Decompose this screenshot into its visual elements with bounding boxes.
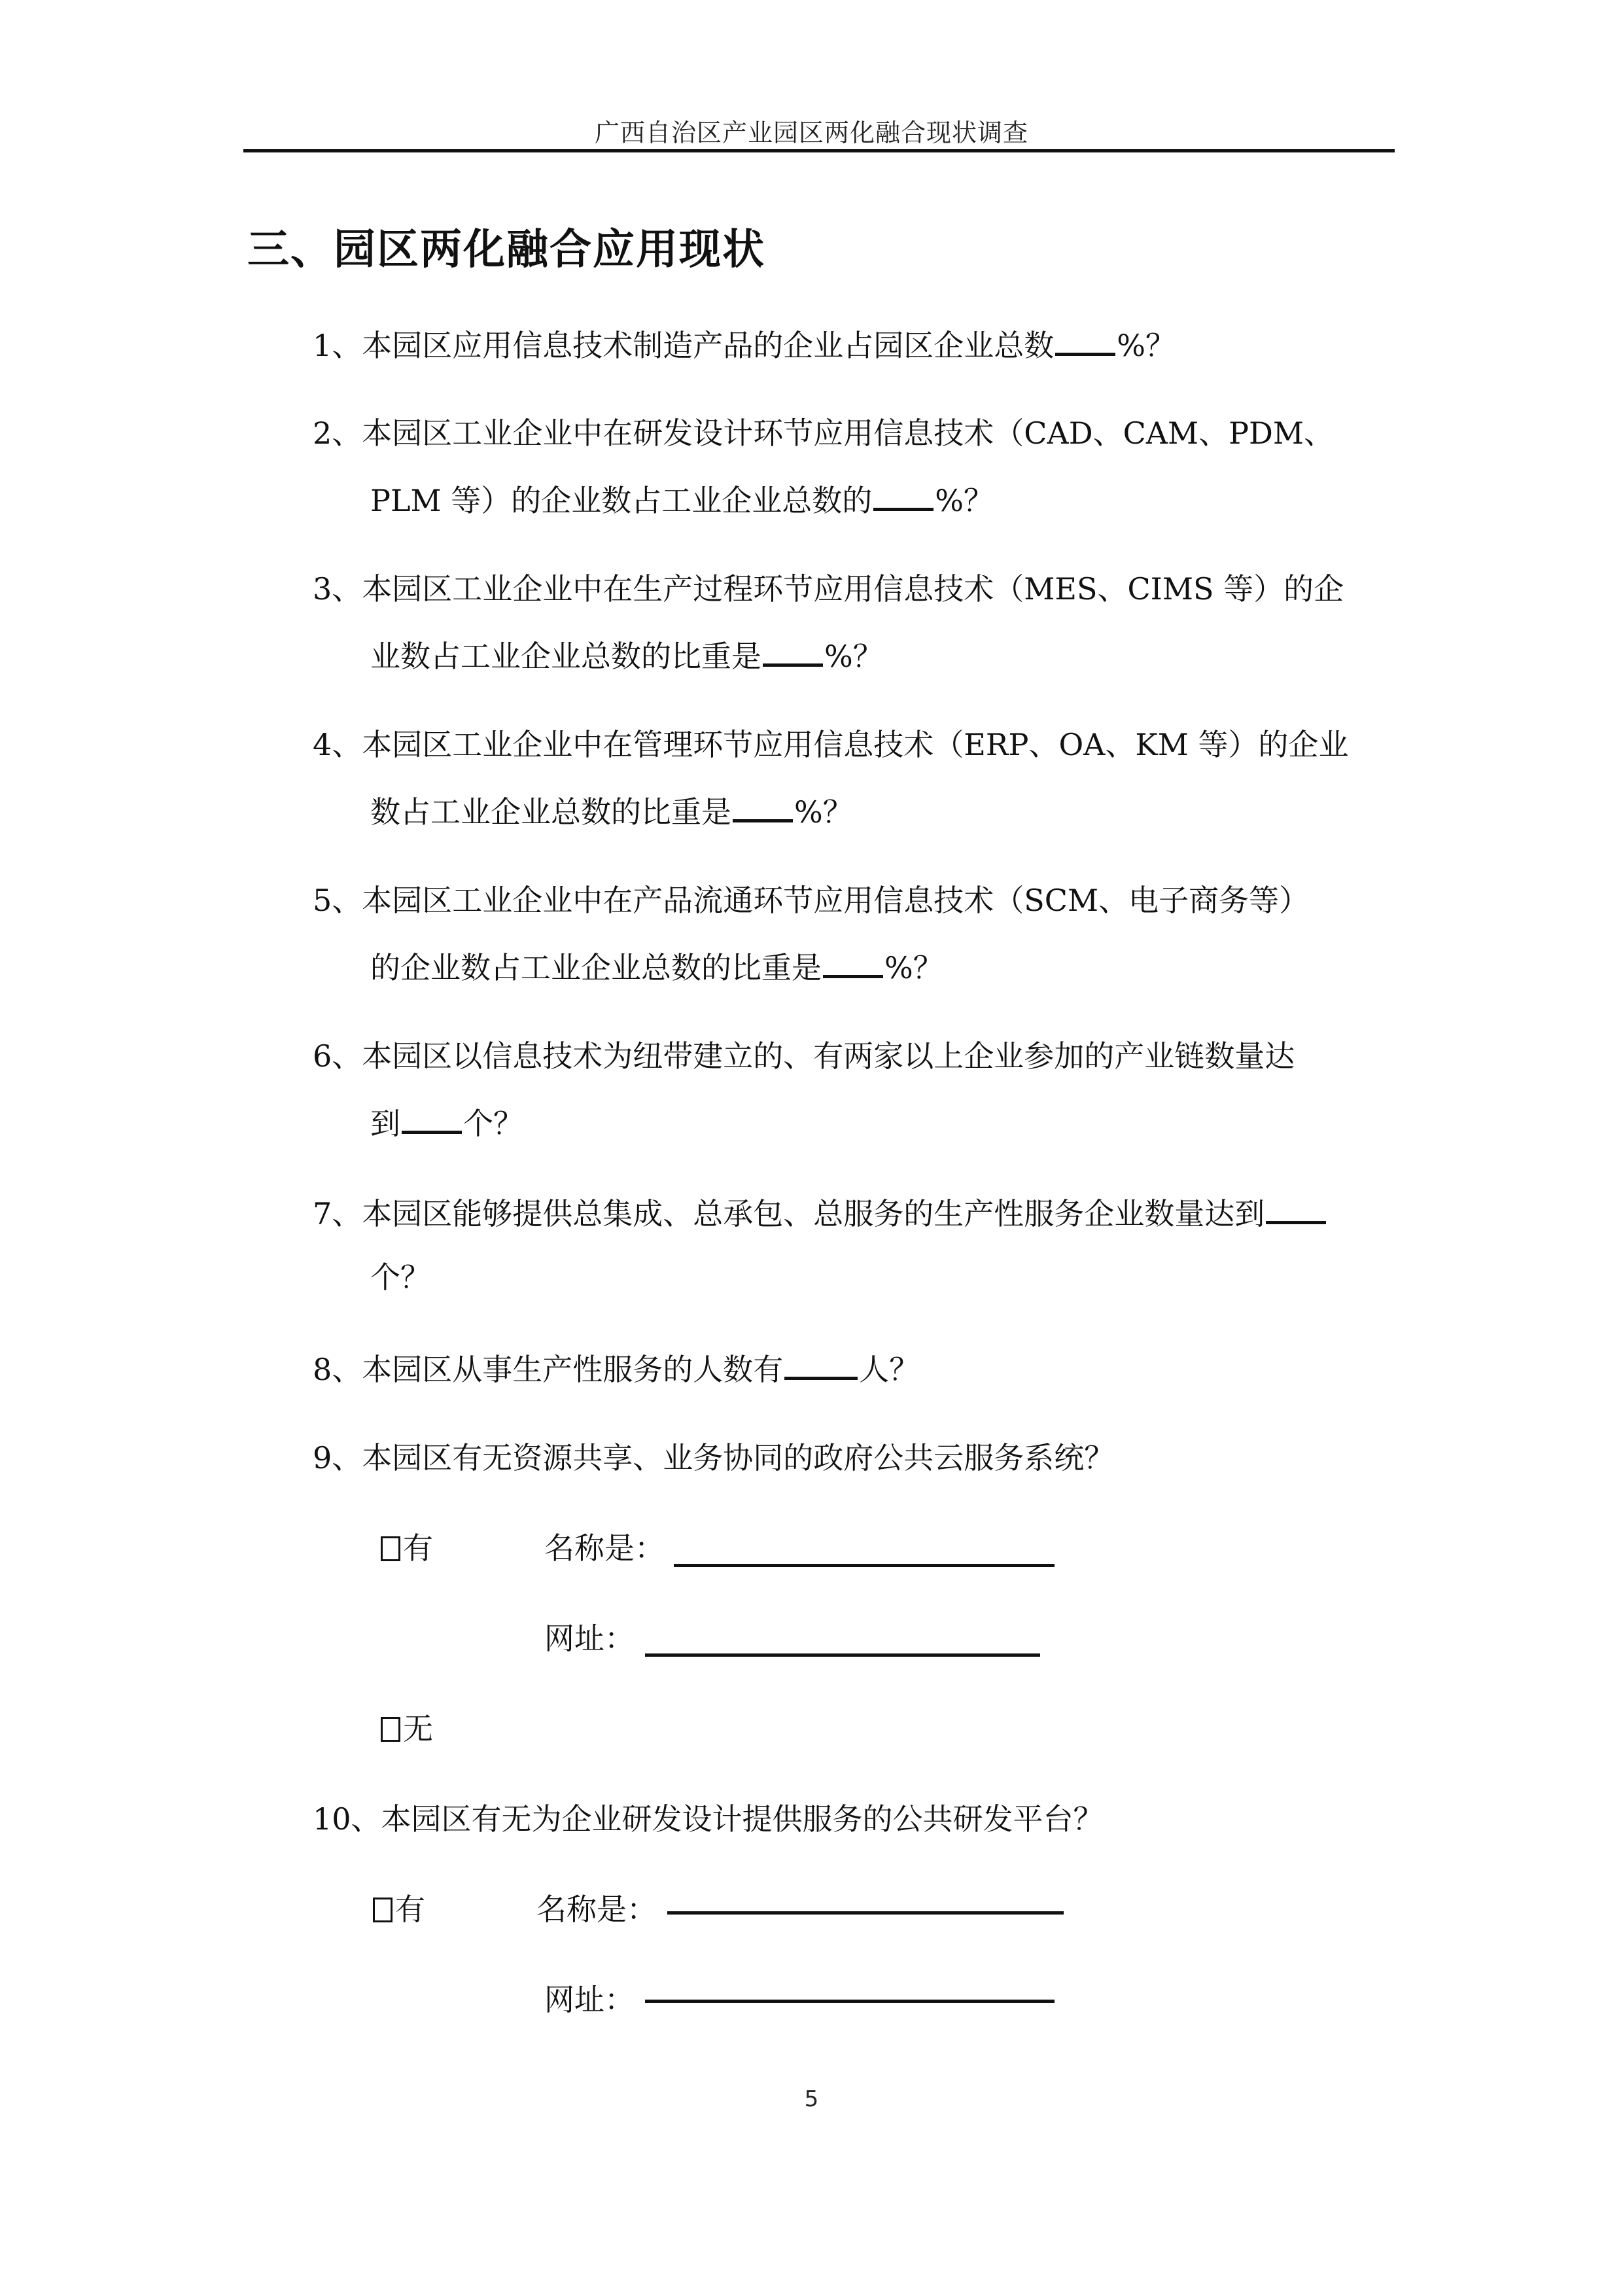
question-8: 8、本园区从事生产性服务的人数有人？	[313, 1348, 919, 1389]
running-header: 广西自治区产业园区两化融合现状调查	[0, 113, 1623, 149]
question-number: 7、	[313, 1196, 362, 1231]
question-suffix: 人？	[859, 1352, 919, 1387]
question-9: 9、本园区有无资源共享、业务协同的政府公共云服务系统？	[313, 1438, 1114, 1477]
question-number: 1、	[313, 328, 362, 363]
question-text: 本园区有无为企业研发设计提供服务的公共研发平台？	[381, 1801, 1104, 1837]
url-field-q9[interactable]	[645, 1653, 1040, 1657]
question-text: 数占工业企业总数的比重是	[370, 794, 731, 830]
question-1: 1、本园区应用信息技术制造产品的企业占园区企业总数%？	[313, 324, 1176, 365]
question-suffix: %？	[935, 483, 994, 518]
option-label: 有	[403, 1530, 433, 1566]
answer-blank-q6[interactable]	[402, 1102, 462, 1134]
answer-blank-q3[interactable]	[763, 635, 823, 667]
answer-blank-q8[interactable]	[784, 1348, 858, 1380]
question-3-cont: 业数占工业企业总数的比重是%？	[370, 635, 883, 676]
question-text: 个？	[370, 1260, 430, 1295]
question-10: 10、本园区有无为企业研发设计提供服务的公共研发平台？	[313, 1799, 1104, 1839]
question-number: 2、	[313, 415, 362, 451]
option-yes-q10[interactable]: 有	[373, 1890, 425, 1929]
question-text: 本园区工业企业中在产品流通环节应用信息技术（SCM、电子商务等）	[362, 883, 1309, 918]
question-number: 6、	[313, 1038, 362, 1074]
name-label-q10: 名称是：	[536, 1890, 657, 1929]
question-4-cont: 数占工业企业总数的比重是%？	[370, 790, 853, 832]
url-field-q10[interactable]	[645, 2000, 1055, 2003]
question-text: 本园区应用信息技术制造产品的企业占园区企业总数	[362, 328, 1054, 363]
option-yes-q9[interactable]: 有	[381, 1528, 433, 1568]
question-number: 5、	[313, 883, 362, 918]
question-5-cont: 的企业数占工业企业总数的比重是%？	[370, 946, 943, 987]
question-4: 4、本园区工业企业中在管理环节应用信息技术（ERP、OA、KM 等）的企业	[313, 725, 1348, 764]
question-number: 9、	[313, 1440, 362, 1475]
answer-blank-q1[interactable]	[1055, 324, 1115, 356]
question-3: 3、本园区工业企业中在生产过程环节应用信息技术（MES、CIMS 等）的企	[313, 569, 1344, 609]
document-page: 广西自治区产业园区两化融合现状调查 三、园区两化融合应用现状 1、本园区应用信息…	[0, 0, 1623, 2296]
question-2: 2、本园区工业企业中在研发设计环节应用信息技术（CAD、CAM、PDM、	[313, 414, 1334, 453]
question-text: 本园区从事生产性服务的人数有	[362, 1352, 783, 1387]
name-label-q9: 名称是：	[544, 1528, 665, 1568]
question-suffix: 个？	[463, 1106, 523, 1141]
section-title: 三、园区两化融合应用现状	[247, 216, 765, 276]
question-suffix: %？	[884, 950, 943, 985]
question-text: 到	[370, 1106, 400, 1141]
answer-blank-q4[interactable]	[733, 790, 793, 822]
question-number: 10、	[313, 1801, 381, 1837]
name-field-q10[interactable]	[667, 1911, 1064, 1915]
question-7: 7、本园区能够提供总集成、总承包、总服务的生产性服务企业数量达到	[313, 1192, 1327, 1233]
question-6: 6、本园区以信息技术为纽带建立的、有两家以上企业参加的产业链数量达	[313, 1036, 1295, 1076]
option-no-q9[interactable]: 无	[381, 1709, 433, 1748]
page-number: 5	[0, 2086, 1623, 2112]
question-2-cont: PLM 等）的企业数占工业企业总数的%？	[370, 479, 994, 520]
checkbox-icon[interactable]	[381, 1717, 400, 1742]
question-number: 3、	[313, 571, 362, 607]
name-field-q9[interactable]	[674, 1564, 1055, 1567]
question-text: 本园区能够提供总集成、总承包、总服务的生产性服务企业数量达到	[362, 1196, 1265, 1231]
question-text: 业数占工业企业总数的比重是	[370, 639, 761, 674]
question-text: 本园区有无资源共享、业务协同的政府公共云服务系统？	[362, 1440, 1114, 1475]
option-label: 无	[403, 1711, 433, 1746]
answer-blank-q2[interactable]	[873, 479, 934, 511]
question-7-cont: 个？	[370, 1258, 430, 1297]
answer-blank-q7[interactable]	[1266, 1192, 1326, 1224]
question-6-cont: 到个？	[370, 1102, 523, 1143]
checkbox-icon[interactable]	[373, 1898, 393, 1922]
question-text: 本园区工业企业中在研发设计环节应用信息技术（CAD、CAM、PDM、	[362, 415, 1334, 451]
question-text: PLM 等）的企业数占工业企业总数的	[370, 483, 872, 518]
checkbox-icon[interactable]	[381, 1536, 400, 1561]
answer-blank-q5[interactable]	[823, 946, 883, 978]
question-text: 的企业数占工业企业总数的比重是	[370, 950, 822, 985]
url-label-q9: 网址：	[544, 1619, 635, 1658]
question-suffix: %？	[794, 794, 853, 830]
question-5: 5、本园区工业企业中在产品流通环节应用信息技术（SCM、电子商务等）	[313, 881, 1309, 920]
question-text: 本园区工业企业中在生产过程环节应用信息技术（MES、CIMS 等）的企	[362, 571, 1344, 607]
question-suffix: %？	[824, 639, 883, 674]
question-suffix: %？	[1117, 328, 1176, 363]
url-label-q10: 网址：	[544, 1980, 635, 2019]
question-text: 本园区工业企业中在管理环节应用信息技术（ERP、OA、KM 等）的企业	[362, 727, 1348, 762]
question-number: 4、	[313, 727, 362, 762]
question-number: 8、	[313, 1352, 362, 1387]
header-divider	[243, 149, 1395, 152]
option-label: 有	[395, 1892, 425, 1927]
question-text: 本园区以信息技术为纽带建立的、有两家以上企业参加的产业链数量达	[362, 1038, 1295, 1074]
